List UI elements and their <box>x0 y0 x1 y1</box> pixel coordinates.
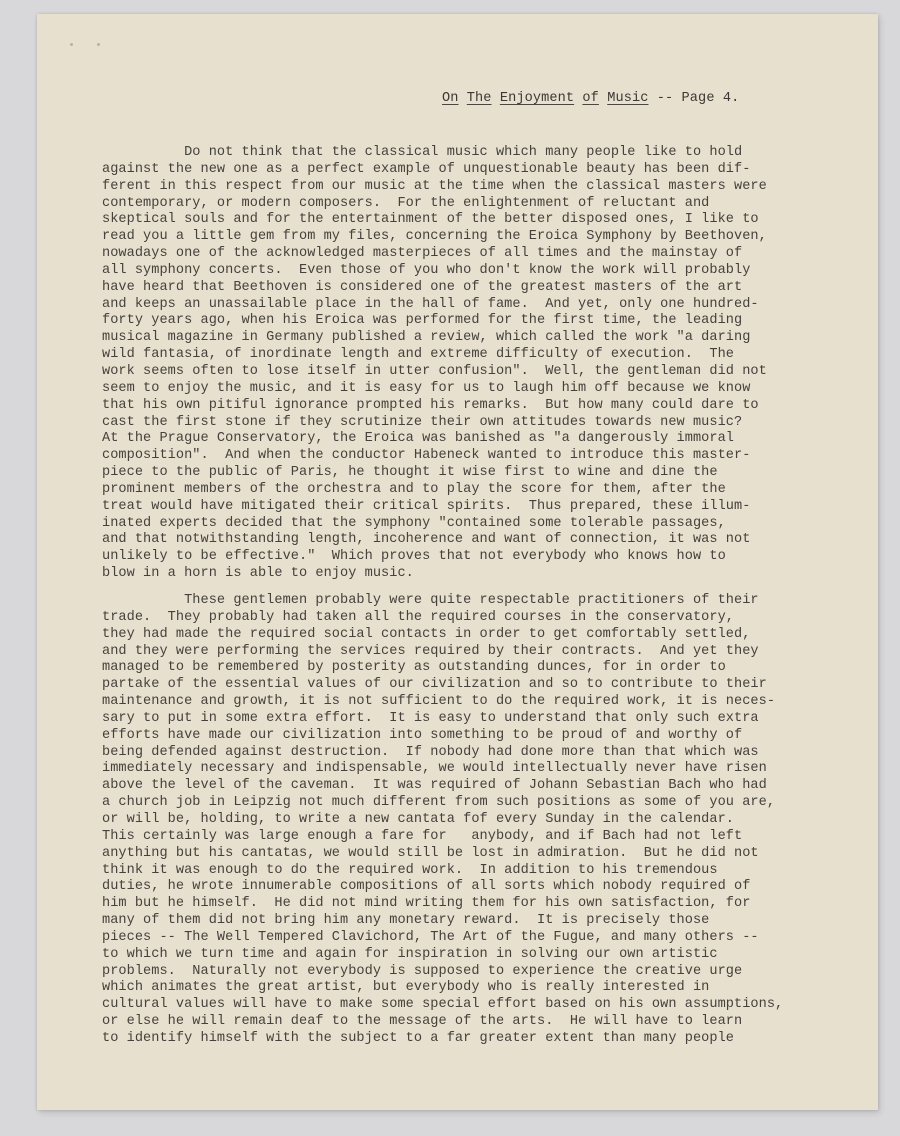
text-line: Do not think that the classical music wh… <box>102 145 802 162</box>
text-line: have heard that Beethoven is considered … <box>102 280 802 297</box>
text-line: think it was enough to do the required w… <box>102 863 802 880</box>
text-line: wild fantasia, of inordinate length and … <box>102 347 802 364</box>
text-line: which animates the great artist, but eve… <box>102 980 802 997</box>
text-line: work seems often to lose itself in utter… <box>102 364 802 381</box>
text-line: read you a little gem from my files, con… <box>102 229 802 246</box>
text-line: anything but his cantatas, we would stil… <box>102 846 802 863</box>
text-line: sary to put in some extra effort. It is … <box>102 711 802 728</box>
paragraph-2: These gentlemen probably were quite resp… <box>102 593 802 1048</box>
text-line: pieces -- The Well Tempered Clavichord, … <box>102 930 802 947</box>
text-line: him but he himself. He did not mind writ… <box>102 896 802 913</box>
text-line: and that notwithstanding length, incoher… <box>102 532 802 549</box>
text-line: immediately necessary and indispensable,… <box>102 761 802 778</box>
text-line: against the new one as a perfect example… <box>102 162 802 179</box>
text-line: to identify himself with the subject to … <box>102 1031 802 1048</box>
text-line: cultural values will have to make some s… <box>102 997 802 1014</box>
text-line: unlikely to be effective." Which proves … <box>102 549 802 566</box>
text-line: This certainly was large enough a fare f… <box>102 829 802 846</box>
text-line: blow in a horn is able to enjoy music. <box>102 566 802 583</box>
header-word: The <box>467 91 492 106</box>
page-header: On The Enjoyment of Music -- Page 4. <box>442 91 739 106</box>
text-line: These gentlemen probably were quite resp… <box>102 593 802 610</box>
text-line: partake of the essential values of our c… <box>102 677 802 694</box>
text-line: duties, he wrote innumerable composition… <box>102 879 802 896</box>
page-number: Page 4. <box>682 91 740 106</box>
text-line: or else he will remain deaf to the messa… <box>102 1014 802 1031</box>
text-line: or will be, holding, to write a new cant… <box>102 812 802 829</box>
text-line: inated experts decided that the symphony… <box>102 516 802 533</box>
text-line: composition". And when the conductor Hab… <box>102 448 802 465</box>
text-line: forty years ago, when his Eroica was per… <box>102 313 802 330</box>
punch-hole-mark <box>97 43 100 46</box>
text-line: all symphony concerts. Even those of you… <box>102 263 802 280</box>
header-word: On <box>442 91 459 106</box>
header-word: of <box>582 91 599 106</box>
text-line: skeptical souls and for the entertainmen… <box>102 212 802 229</box>
text-line: being defended against destruction. If n… <box>102 745 802 762</box>
text-line: trade. They probably had taken all the r… <box>102 610 802 627</box>
text-line: seem to enjoy the music, and it is easy … <box>102 381 802 398</box>
text-line: that his own pitiful ignorance prompted … <box>102 398 802 415</box>
header-word: Enjoyment <box>500 91 574 106</box>
text-line: and they were performing the services re… <box>102 644 802 661</box>
text-line: and keeps an unassailable place in the h… <box>102 297 802 314</box>
punch-hole-mark <box>70 43 73 46</box>
text-line: contemporary, or modern composers. For t… <box>102 196 802 213</box>
text-line: above the level of the caveman. It was r… <box>102 778 802 795</box>
paragraph-1: Do not think that the classical music wh… <box>102 145 802 583</box>
text-line: cast the first stone if they scrutinize … <box>102 415 802 432</box>
text-line: maintenance and growth, it is not suffic… <box>102 694 802 711</box>
header-separator: -- <box>657 91 674 106</box>
text-line: a church job in Leipzig not much differe… <box>102 795 802 812</box>
text-line: ferent in this respect from our music at… <box>102 179 802 196</box>
text-line: treat would have mitigated their critica… <box>102 499 802 516</box>
text-line: to which we turn time and again for insp… <box>102 947 802 964</box>
text-line: many of them did not bring him any monet… <box>102 913 802 930</box>
text-line: efforts have made our civilization into … <box>102 728 802 745</box>
text-line: managed to be remembered by posterity as… <box>102 660 802 677</box>
text-line: prominent members of the orchestra and t… <box>102 482 802 499</box>
text-line: nowadays one of the acknowledged masterp… <box>102 246 802 263</box>
text-line: they had made the required social contac… <box>102 627 802 644</box>
text-line: musical magazine in Germany published a … <box>102 330 802 347</box>
header-word: Music <box>607 91 648 106</box>
text-line: At the Prague Conservatory, the Eroica w… <box>102 431 802 448</box>
text-line: problems. Naturally not everybody is sup… <box>102 964 802 981</box>
text-line: piece to the public of Paris, he thought… <box>102 465 802 482</box>
